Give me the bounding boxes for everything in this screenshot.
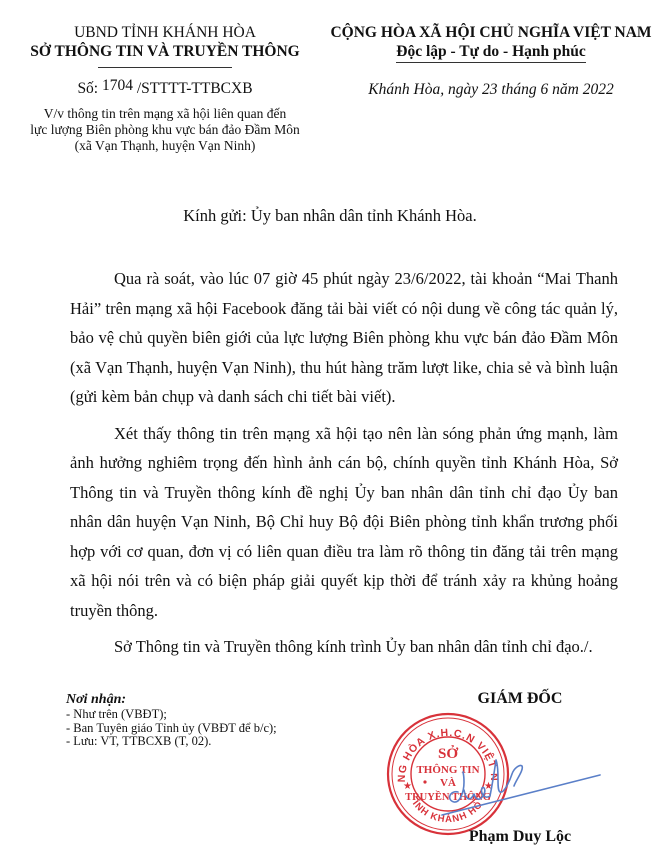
agency-name: SỞ THÔNG TIN VÀ TRUYỀN THÔNG — [20, 42, 310, 61]
agency-underline — [98, 67, 232, 68]
national-motto: Độc lập - Tự do - Hạnh phúc — [396, 42, 585, 63]
distribution-item: - Lưu: VT, TTBCXB (T, 02). — [66, 735, 277, 749]
issuing-agency-header: UBND TỈNH KHÁNH HÒA SỞ THÔNG TIN VÀ TRUY… — [20, 24, 310, 154]
recipient-line: Kính gửi: Ủy ban nhân dân tỉnh Khánh Hòa… — [0, 206, 660, 226]
body-paragraph: Sở Thông tin và Truyền thông kính trình … — [70, 632, 618, 662]
document-number-value: 1704 — [102, 77, 133, 94]
national-header: CỘNG HÒA XÃ HỘI CHỦ NGHĨA VIỆT NAM Độc l… — [322, 24, 660, 99]
document-number: Số: 1704 /STTTT-TTBCXB — [20, 80, 310, 98]
document-number-prefix: Số: — [77, 80, 98, 97]
distribution-list: Nơi nhận: - Như trên (VBĐT); - Ban Tuyên… — [66, 692, 277, 749]
subject-line: V/v thông tin trên mạng xã hội liên quan… — [20, 106, 310, 122]
nation-name: CỘNG HÒA XÃ HỘI CHỦ NGHĨA VIỆT NAM — [322, 24, 660, 42]
signer-name: Phạm Duy Lộc — [430, 828, 610, 846]
document-subject: V/v thông tin trên mạng xã hội liên quan… — [20, 106, 310, 154]
place-date: Khánh Hòa, ngày 23 tháng 6 năm 2022 — [322, 81, 660, 99]
signer-position: GIÁM ĐỐC — [430, 690, 610, 708]
document-body: Qua rà soát, vào lúc 07 giờ 45 phút ngày… — [70, 264, 618, 669]
authority-name: UBND TỈNH KHÁNH HÒA — [20, 24, 310, 42]
body-paragraph: Qua rà soát, vào lúc 07 giờ 45 phút ngày… — [70, 264, 618, 412]
subject-line: lực lượng Biên phòng khu vực bán đảo Đầm… — [20, 122, 310, 138]
document-number-suffix: /STTTT-TTBCXB — [137, 80, 253, 97]
svg-text:★: ★ — [403, 781, 412, 792]
body-paragraph: Xét thấy thông tin trên mạng xã hội tạo … — [70, 419, 618, 626]
distribution-item: - Như trên (VBĐT); — [66, 708, 277, 722]
subject-line: (xã Vạn Thạnh, huyện Vạn Ninh) — [20, 138, 310, 154]
distribution-title: Nơi nhận: — [66, 692, 277, 708]
handwritten-signature-icon — [430, 720, 610, 830]
distribution-item: - Ban Tuyên giáo Tỉnh ủy (VBĐT để b/c); — [66, 722, 277, 736]
